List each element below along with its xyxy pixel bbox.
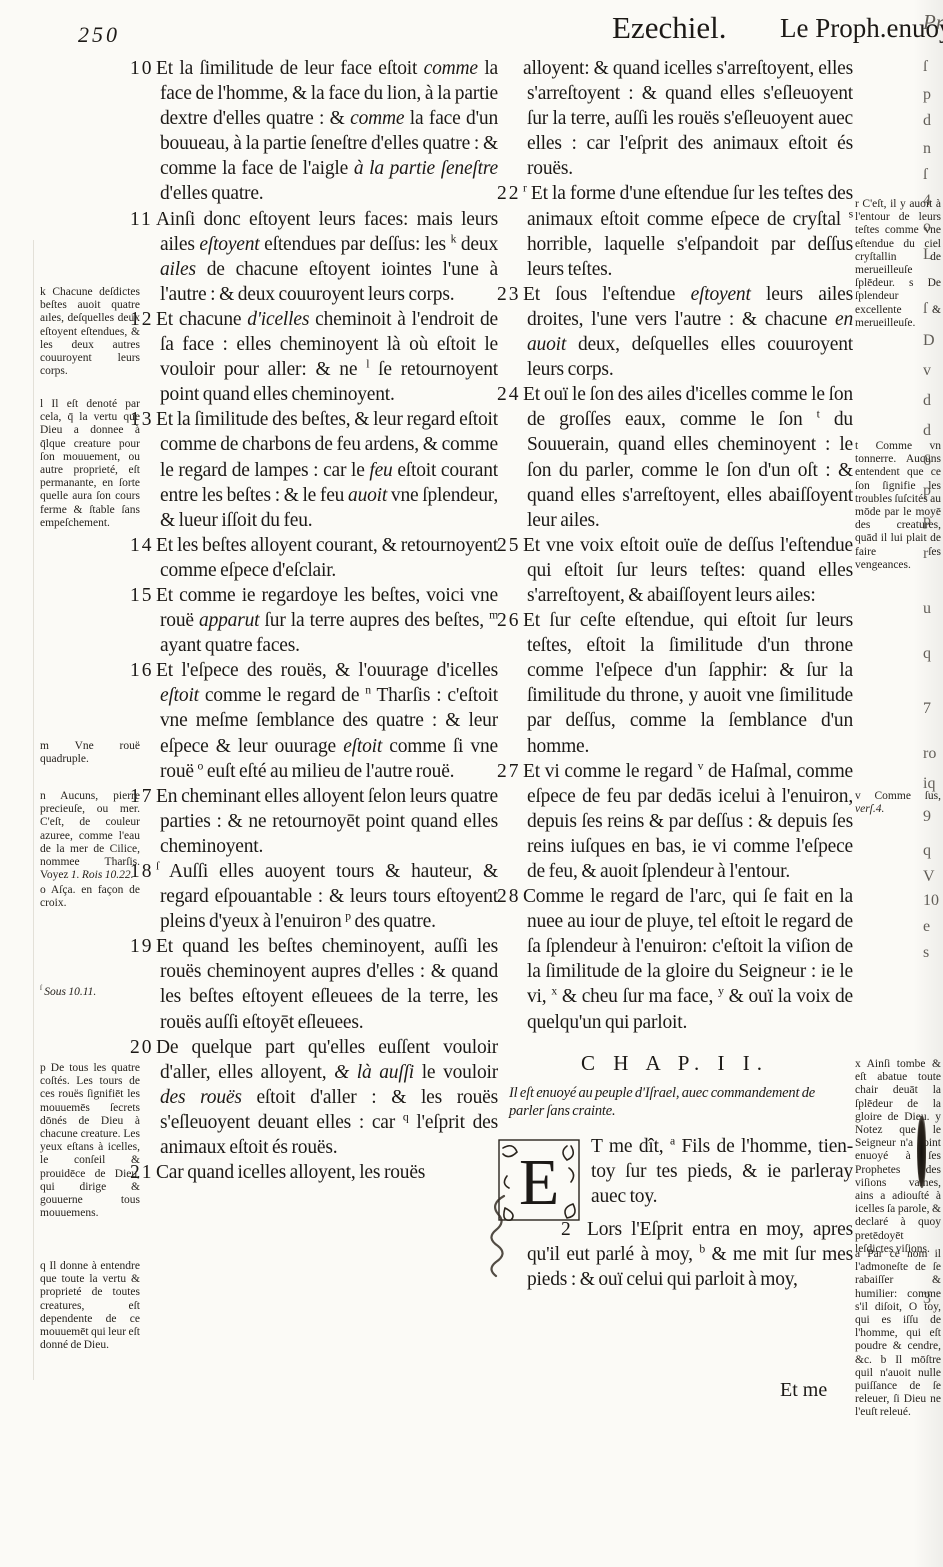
margin-note: n Aucuns, pierre precieuſe, ou mer. C'eſ… [40, 790, 140, 882]
margin-note: p De tous les quatre coſtés. Les tours d… [40, 1062, 140, 1220]
gutter-fold-line [33, 240, 34, 1380]
verse-text: Car quand icelles alloyent, les rouës [156, 1162, 425, 1183]
verse-text: De quelque part qu'elles euſſent vouloir… [156, 1037, 498, 1158]
edge-glyph-fragment: 7 [923, 700, 931, 718]
margin-note: o Aſça. en façon de croix. [40, 884, 140, 910]
verse: 13Et la ſimilitude des beſtes, & leur re… [130, 407, 498, 532]
verse: 14Et les beſtes alloyent courant, & reto… [130, 533, 498, 583]
verse: 24Et ouï le ſon des ailes d'icelles comm… [497, 382, 853, 533]
edge-glyph-fragment: p [923, 512, 931, 530]
gutter-ink-flourish [486, 1192, 512, 1278]
edge-glyph-fragment: Pr [923, 10, 943, 35]
verse: 21Car quand icelles alloyent, les rouës [130, 1160, 498, 1185]
text-column-right: alloyent: & quand icelles s'arreſtoyent,… [497, 56, 853, 1476]
edge-glyph-fragment: L [923, 246, 933, 264]
verse-number: 24 [497, 382, 523, 407]
verse-text: Et ouï le ſon des ailes d'icelles comme … [523, 384, 853, 530]
verse: 27Et vi comme le regard v de Haſmal, com… [497, 759, 853, 884]
verse: 20De quelque part qu'elles euſſent voulo… [130, 1035, 498, 1160]
margin-note: l Il eſt denoté par cela, q̄ la vertu qu… [40, 398, 140, 530]
chapter-opening-verse: E T me dît, a Fils de l'homme, tien-toy … [497, 1134, 853, 1209]
verse: alloyent: & quand icelles s'arreſtoyent,… [497, 56, 853, 181]
verse-number: 19 [130, 934, 156, 959]
edge-glyph-fragment: d [923, 392, 931, 410]
edge-glyph-fragment: 6 [923, 452, 931, 470]
chapter-summary: Il eſt enuoyé au peuple d'Iſrael, auec c… [509, 1084, 849, 1120]
margin-note: m Vne rouë quadruple. [40, 740, 140, 766]
verse-text: Et comme ie regardoye les beſtes, voici … [156, 585, 498, 656]
header-book-title: Ezechiel. [612, 10, 726, 46]
verse-number: 22 [497, 181, 523, 206]
edge-glyph-fragment: u [923, 600, 931, 618]
edge-glyph-fragment: o [923, 218, 931, 236]
edge-glyph-fragment: s [923, 944, 929, 962]
svg-text:E: E [519, 1146, 559, 1219]
verse: 16Et l'eſpece des rouës, & l'ouurage d'i… [130, 658, 498, 783]
page-edge-fragments: Pr ſ p d n ſ 4 o L ſ D v d d 6 p [921, 0, 943, 1567]
edge-glyph-fragment: q [923, 645, 931, 663]
verse-text: Et ſur ceſte eſtendue, qui eſtoit ſur le… [523, 610, 853, 756]
verse-text: Et vi comme le regard v de Haſmal, comme… [523, 761, 853, 882]
edge-glyph-fragment: q [923, 842, 931, 860]
scanned-book-page: 250 Ezechiel. Le Proph.enuoyé à Iſ. 10Et… [0, 0, 943, 1567]
verse-number: 11 [130, 207, 156, 232]
margin-note: q Il donne à entendre que toute la vertu… [40, 1260, 140, 1352]
verse: 22r Et la forme d'une eſtendue ſur les t… [497, 181, 853, 281]
verse: 12Et chacune d'icelles cheminoit à l'end… [130, 307, 498, 407]
verse-text: ſ Auſſi elles auoyent tours & hauteur, &… [156, 861, 498, 932]
verse-text: r Et la forme d'une eſtendue ſur les teſ… [523, 183, 853, 279]
verse-text: T me dît, a Fils de l'homme, tien-toy ſu… [591, 1136, 853, 1207]
verse: 17En cheminant elles alloyent ſelon leur… [130, 784, 498, 859]
verse: 26Et ſur ceſte eſtendue, qui eſtoit ſur … [497, 608, 853, 759]
verse: 23Et ſous l'eſtendue eſtoyent leurs aile… [497, 282, 853, 382]
verse-text: En cheminant elles alloyent ſelon leurs … [156, 786, 498, 857]
margin-note: ſ Sous 10.11. [40, 986, 140, 999]
verse-text: Et l'eſpece des rouës, & l'ouurage d'ice… [156, 660, 498, 781]
chapter-heading: C H A P. I I. [497, 1051, 853, 1076]
verse-text: Et la ſimilitude de leur face eſtoit com… [156, 58, 498, 204]
verse: 10Et la ſimilitude de leur face eſtoit c… [130, 56, 498, 207]
header-running-title: Le Proph.enuoyé à Iſ. [780, 13, 943, 44]
verse: 28Comme le regard de l'arc, qui ſe fait … [497, 884, 853, 1035]
verse-number: 14 [130, 533, 156, 558]
verse-number: 27 [497, 759, 523, 784]
edge-glyph-fragment: 10 [923, 892, 939, 910]
verse-number: 25 [497, 533, 523, 558]
edge-glyph-fragment: p [923, 482, 931, 500]
edge-glyph-fragment: 9 [923, 808, 931, 826]
edge-glyph-fragment: 3 [923, 1290, 931, 1308]
page-number: 250 [78, 22, 120, 48]
edge-glyph-fragment: ſ [923, 300, 927, 318]
edge-glyph-fragment: d [923, 112, 931, 130]
edge-glyph-fragment: 4 [923, 192, 931, 210]
verse-text: Et chacune d'icelles cheminoit à l'endro… [156, 309, 498, 405]
catchword: Et me [780, 1379, 827, 1402]
verse-number: 26 [497, 608, 523, 633]
edge-glyph-fragment: D [923, 332, 935, 350]
edge-glyph-fragment: ro [923, 745, 936, 763]
edge-glyph-fragment: d [923, 422, 931, 440]
verse: 15Et comme ie regardoye les beſtes, voic… [130, 583, 498, 658]
verse-text: alloyent: & quand icelles s'arreſtoyent,… [523, 58, 853, 179]
edge-glyph-fragment: e [923, 918, 930, 936]
verse-text: Et ſous l'eſtendue eſtoyent leurs ailes … [523, 284, 853, 380]
text-column-left: 10Et la ſimilitude de leur face eſtoit c… [130, 56, 498, 1376]
verse-number: 16 [130, 658, 156, 683]
verse-list: alloyent: & quand icelles s'arreſtoyent,… [497, 56, 853, 1035]
verse-text: Ainſi donc eſtoyent leurs faces: mais le… [156, 209, 498, 305]
edge-glyph-fragment: r [923, 545, 928, 563]
verse-text: Et les beſtes alloyent courant, & retour… [156, 535, 498, 581]
edge-glyph-fragment: ſ [923, 166, 927, 184]
verse: 19Et quand les beſtes cheminoyent, auſſi… [130, 934, 498, 1034]
verse: 25Et vne voix eſtoit ouïe de deſſus l'eſ… [497, 533, 853, 608]
verse: 11Ainſi donc eſtoyent leurs faces: mais … [130, 207, 498, 307]
margin-note: k Chacune deſdictes beſtes auoit quatre … [40, 286, 140, 378]
edge-glyph-fragment: n [923, 140, 931, 158]
edge-glyph-fragment: iq [923, 775, 935, 793]
verse-number: 20 [130, 1035, 156, 1060]
verse-number: 23 [497, 282, 523, 307]
verse-text: Et vne voix eſtoit ouïe de deſſus l'eſte… [523, 535, 853, 606]
verse-text: Et quand les beſtes cheminoyent, auſſi l… [156, 936, 498, 1032]
edge-glyph-fragment: V [923, 868, 935, 886]
verse-text: Et la ſimilitude des beſtes, & leur rega… [156, 409, 498, 530]
verse: 18ſ Auſſi elles auoyent tours & hauteur,… [130, 859, 498, 934]
verse-number: 15 [130, 583, 156, 608]
verse-number: 28 [497, 884, 523, 909]
edge-glyph-fragment: v [923, 362, 931, 380]
edge-glyph-fragment: p [923, 86, 931, 104]
edge-glyph-fragment: ſ [923, 58, 927, 76]
verse-text: Comme le regard de l'arc, qui ſe fait en… [523, 886, 853, 1032]
verse: 2Lors l'Eſprit entra en moy, apres qu'il… [497, 1217, 853, 1292]
verse-number: 10 [130, 56, 156, 81]
